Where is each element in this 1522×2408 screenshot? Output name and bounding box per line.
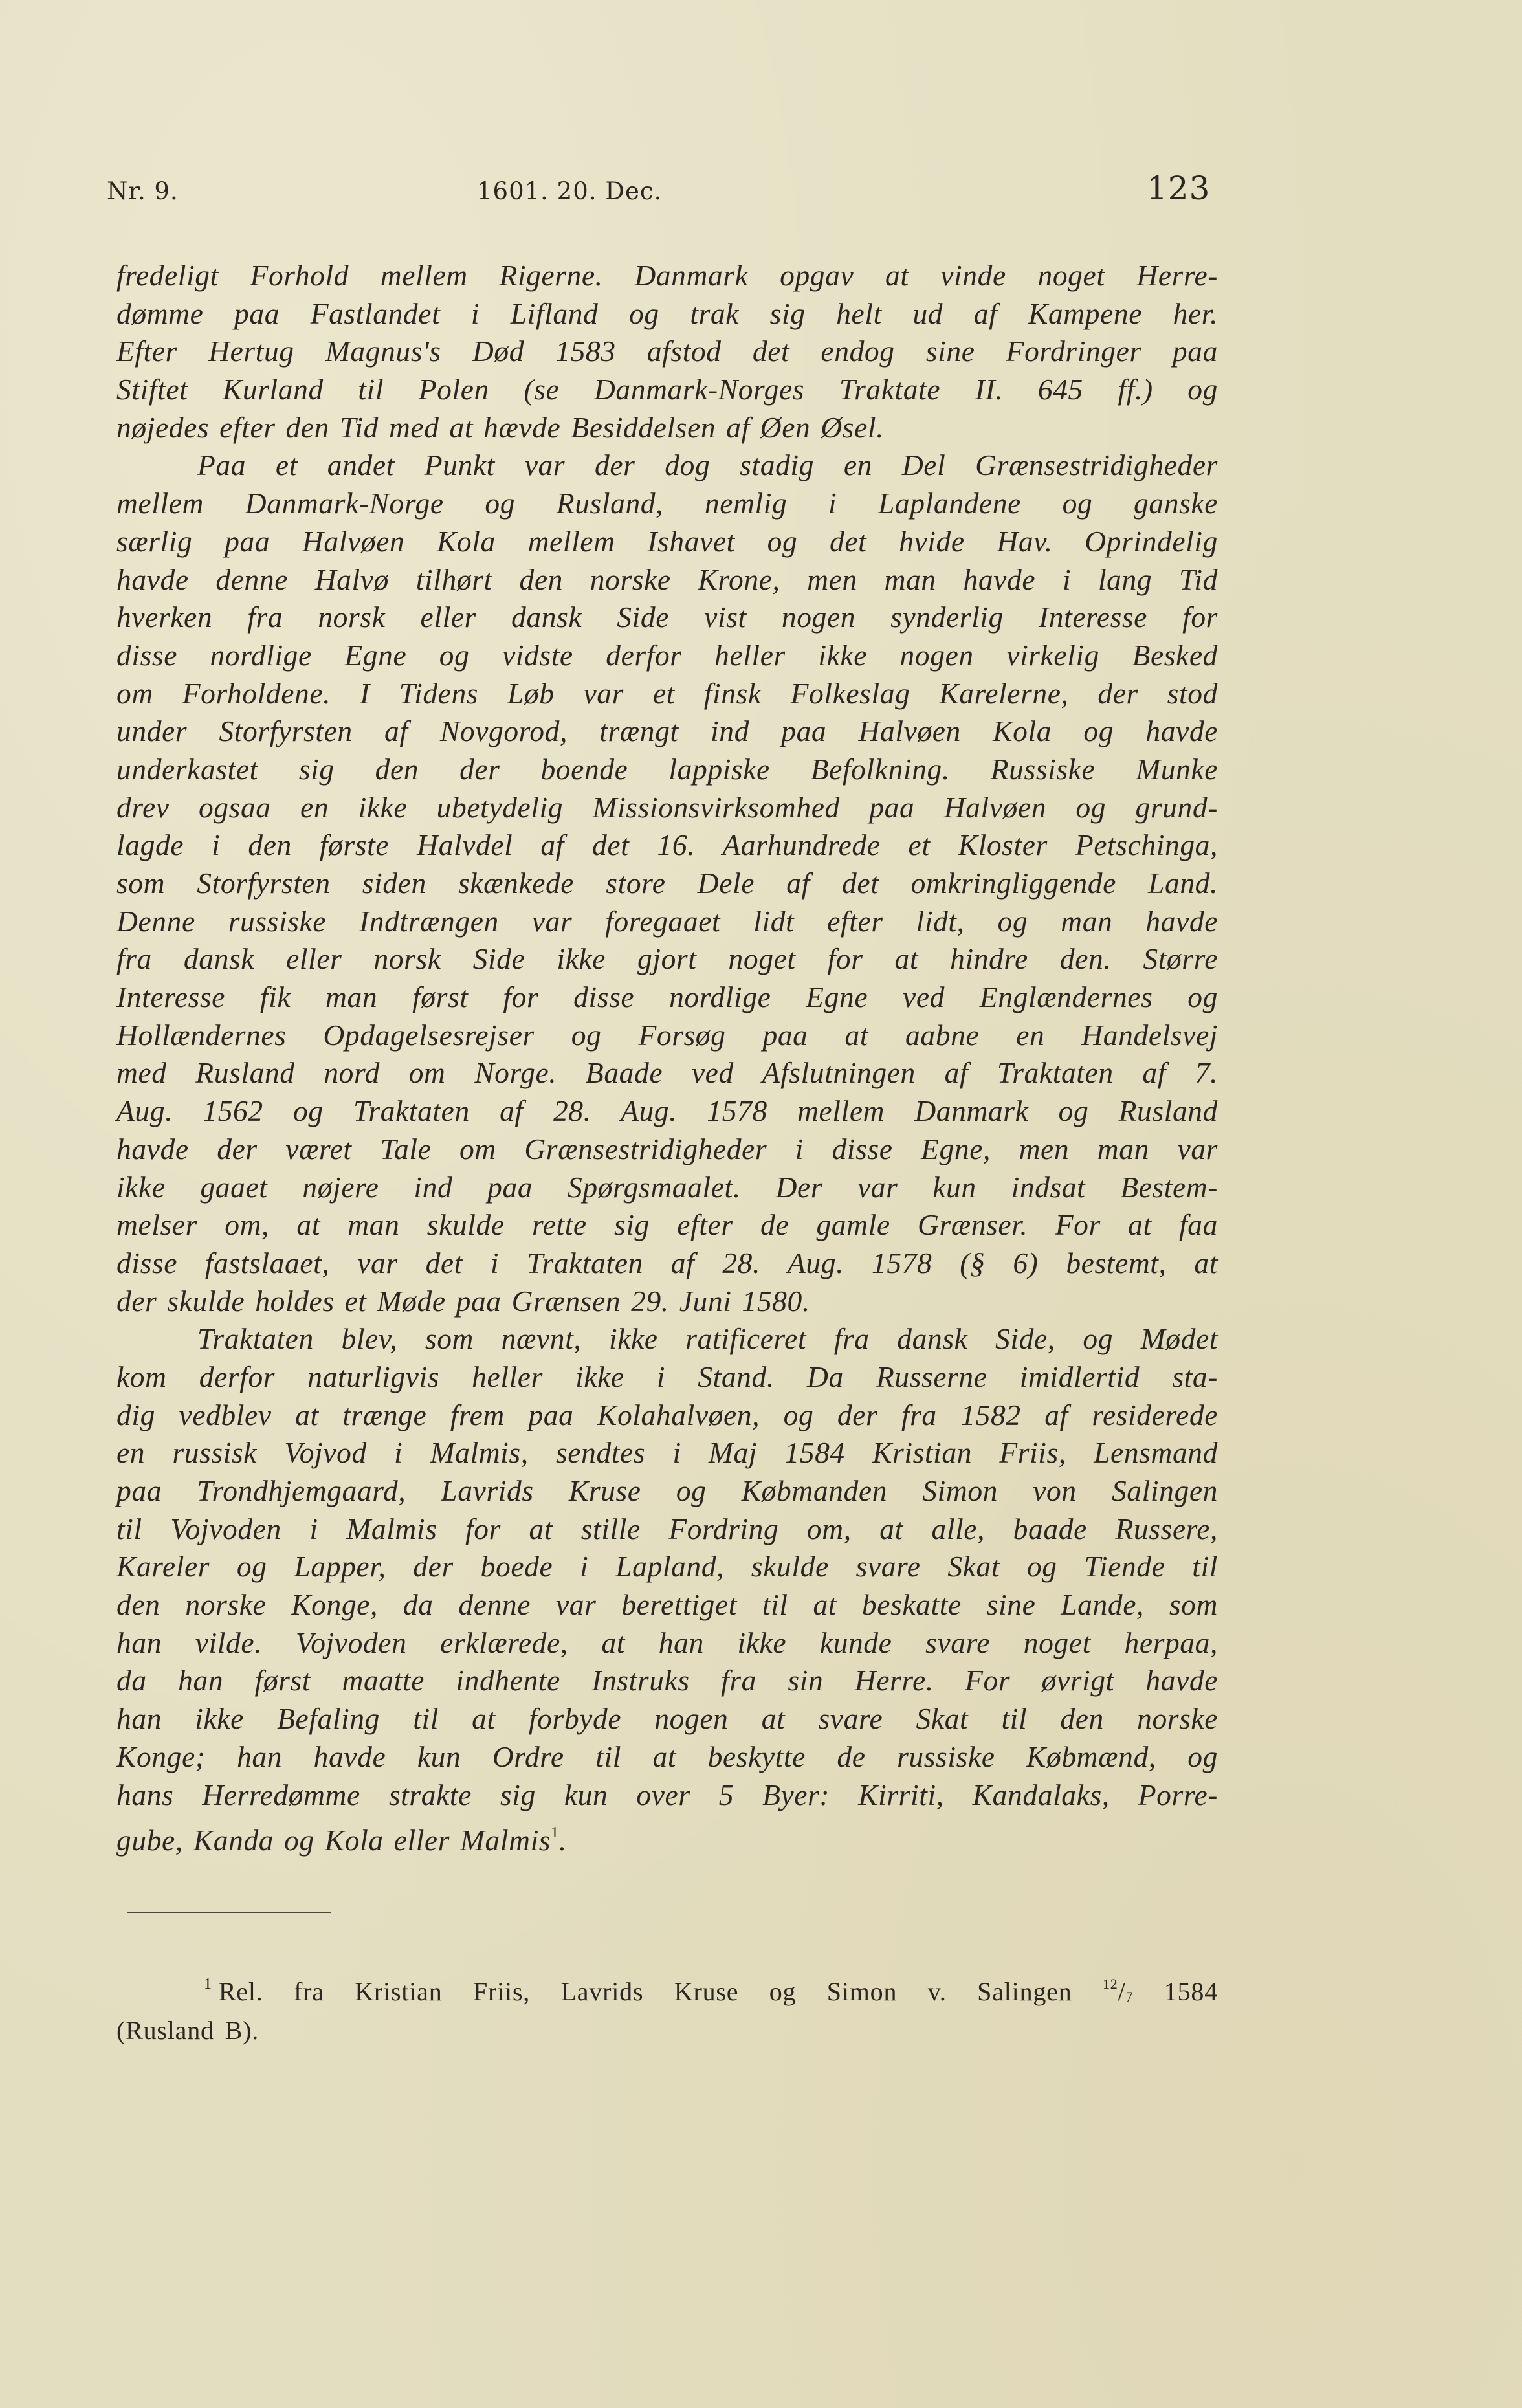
text-line: Konge; han havde kun Ordre til at beskyt… <box>116 1738 1218 1776</box>
document-number: Nr. 9. <box>107 177 179 205</box>
text-line: Paa et andet Punkt var der dog stadig en… <box>116 447 1218 485</box>
text-line: Hollændernes Opdagelsesrejser og Forsøg … <box>116 1017 1218 1055</box>
text-line: han vilde. Vojvoden erklærede, at han ik… <box>116 1624 1218 1662</box>
text-line: paa Trondhjemgaard, Lavrids Kruse og Køb… <box>116 1472 1218 1510</box>
text-line: hans Herredømme strakte sig kun over 5 B… <box>116 1776 1218 1815</box>
text-line: kom derfor naturligvis heller ikke i Sta… <box>116 1358 1218 1397</box>
text-line: drev ogsaa en ikke ubetydelig Missionsvi… <box>116 789 1218 827</box>
text-line: underkastet sig den der boende lappiske … <box>116 751 1218 789</box>
body-text: fredeligt Forhold mellem Rigerne. Danmar… <box>116 257 1218 1852</box>
text-line: Aug. 1562 og Traktaten af 28. Aug. 1578 … <box>116 1092 1218 1131</box>
text-line: med Rusland nord om Norge. Baade ved Afs… <box>116 1054 1218 1092</box>
text-line: havde der været Tale om Grænsestridighed… <box>116 1131 1218 1169</box>
text-line: den norske Konge, da denne var berettige… <box>116 1586 1218 1624</box>
text-line: gube, Kanda og Kola eller Malmis1. <box>116 1814 1218 1852</box>
footnote-mark: 1 <box>204 1976 212 1993</box>
text-line: lagde i den første Halvdel af det 16. Aa… <box>116 826 1218 865</box>
footnote: 1Rel. fra Kristian Friis, Lavrids Kruse … <box>116 1967 1218 2048</box>
text-line: mellem Danmark-Norge og Rusland, nemlig … <box>116 485 1218 523</box>
footnote-line-2: (Rusland B). <box>116 2014 1218 2048</box>
text-line: under Storfyrsten af Novgorod, trængt in… <box>116 712 1218 751</box>
text-line: Interesse fik man først for disse nordli… <box>116 978 1218 1017</box>
footnote-line-1: 1Rel. fra Kristian Friis, Lavrids Kruse … <box>116 1967 1218 2014</box>
text-line: om Forholdene. I Tidens Løb var et finsk… <box>116 675 1218 713</box>
text-line: disse nordlige Egne og vidste derfor hel… <box>116 637 1218 675</box>
text-line: disse fastslaaet, var det i Traktaten af… <box>116 1244 1218 1283</box>
text-line: Kareler og Lapper, der boede i Lapland, … <box>116 1548 1218 1586</box>
text-line: til Vojvoden i Malmis for at stille Ford… <box>116 1510 1218 1549</box>
text-line: dømme paa Fastlandet i Lifland og trak s… <box>116 295 1218 333</box>
footnote-text: Rel. fra Kristian Friis, Lavrids Kruse o… <box>219 1977 1072 2006</box>
text-line: en russisk Vojvod i Malmis, sendtes i Ma… <box>116 1434 1218 1472</box>
text-line: dig vedblev at trænge frem paa Kolahalvø… <box>116 1397 1218 1435</box>
text-line: Traktaten blev, som nævnt, ikke ratifice… <box>116 1320 1218 1358</box>
text-line: nøjedes efter den Tid med at hævde Besid… <box>116 409 1218 447</box>
text-line: som Storfyrsten siden skænkede store Del… <box>116 865 1218 903</box>
footnote-divider <box>127 1912 331 1913</box>
text-line: Stiftet Kurland til Polen (se Danmark-No… <box>116 371 1218 409</box>
text-line: han ikke Befaling til at forbyde nogen a… <box>116 1700 1218 1738</box>
document-page: Nr. 9. 1601. 20. Dec. 123 fredeligt Forh… <box>0 0 1522 2408</box>
page-number: 123 <box>1147 170 1210 207</box>
text-line: særlig paa Halvøen Kola mellem Ishavet o… <box>116 523 1218 561</box>
text-line: der skulde holdes et Møde paa Grænsen 29… <box>116 1283 1218 1321</box>
document-date: 1601. 20. Dec. <box>477 177 662 205</box>
footnote-reference[interactable]: 1 <box>551 1824 559 1841</box>
text-line: havde denne Halvø tilhørt den norske Kro… <box>116 561 1218 599</box>
text-line: fredeligt Forhold mellem Rigerne. Danmar… <box>116 257 1218 295</box>
text-line: Denne russiske Indtrængen var foregaaet … <box>116 903 1218 941</box>
text-line: ikke gaaet nøjere ind paa Spørgsmaalet. … <box>116 1169 1218 1207</box>
text-line: Efter Hertug Magnus's Død 1583 afstod de… <box>116 333 1218 371</box>
text-line: da han først maatte indhente Instruks fr… <box>116 1662 1218 1700</box>
text-line: fra dansk eller norsk Side ikke gjort no… <box>116 940 1218 978</box>
running-head: Nr. 9. 1601. 20. Dec. 123 <box>0 170 1522 208</box>
footnote-date: 12/7 1584 <box>1103 1977 1218 2006</box>
text-line: melser om, at man skulde rette sig efter… <box>116 1206 1218 1244</box>
text-line: hverken fra norsk eller dansk Side vist … <box>116 599 1218 637</box>
